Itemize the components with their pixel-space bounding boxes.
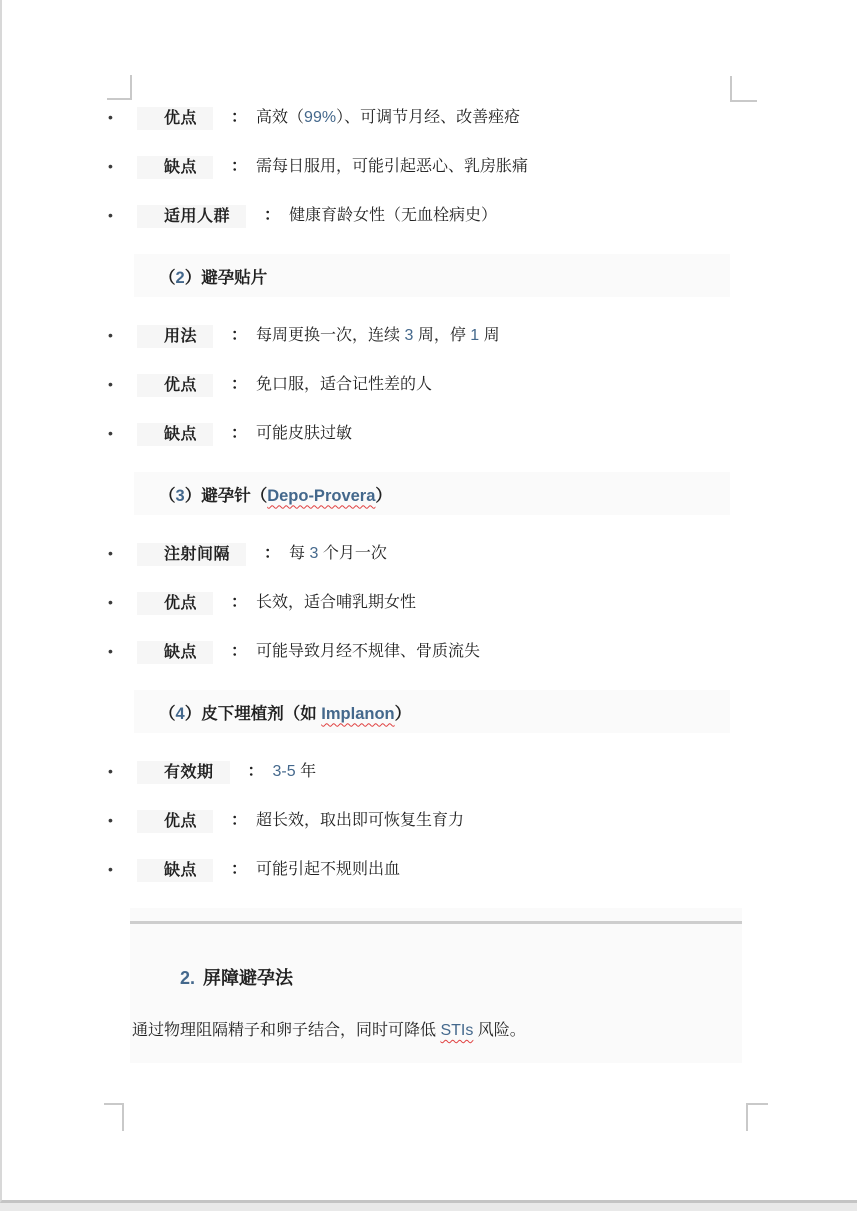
list-item-text: 可能皮肤过敏 — [256, 423, 352, 444]
misspelled-word: STIs — [440, 1022, 473, 1039]
list-item-label: 有效期 — [137, 761, 230, 784]
bullet-icon: • — [108, 325, 137, 346]
list-item-text: 3-5 年 — [273, 761, 317, 782]
sub-heading-text: （4）皮下埋植剂（如 Implanon） — [134, 700, 411, 724]
list-item: •优点：免口服，适合记性差的人 — [108, 374, 857, 395]
number-text: 1 — [470, 327, 479, 344]
list-item-text: 需每日服用，可能引起恶心、乳房胀痛 — [256, 156, 528, 177]
list-item: •优点：长效，适合哺乳期女性 — [108, 592, 857, 613]
list-item-text: 可能导致月经不规律、骨质流失 — [256, 641, 480, 662]
bullet-icon: • — [108, 205, 137, 226]
list-item: •缺点：可能引起不规则出血 — [108, 859, 857, 880]
text-run: （ — [159, 487, 176, 505]
list-item: •有效期：3-5 年 — [108, 761, 857, 782]
text-run: （ — [159, 269, 176, 287]
list-item-colon: ： — [264, 543, 280, 564]
list-item-colon: ： — [231, 107, 247, 128]
list-item-colon: ： — [231, 641, 247, 662]
text-run: 可能皮肤过敏 — [256, 425, 352, 442]
text-run: 可能导致月经不规律、骨质流失 — [256, 643, 480, 660]
misspelled-word: Depo-Provera — [267, 487, 375, 505]
misspelled-word: Implanon — [321, 705, 394, 723]
list-item-label: 缺点 — [137, 859, 213, 882]
list-item-colon: ： — [231, 325, 247, 346]
text-run: 长效，适合哺乳期女性 — [256, 594, 416, 611]
list-item-colon: ： — [248, 761, 264, 782]
list-item: •注射间隔：每 3 个月一次 — [108, 543, 857, 564]
list-item-label: 优点 — [137, 810, 213, 833]
document-page[interactable]: •优点：高效（99%）、可调节月经、改善痤疮•缺点：需每日服用，可能引起恶心、乳… — [0, 0, 857, 1203]
number-text: 3-5 — [273, 763, 296, 780]
sub-heading-text: （2）避孕贴片 — [134, 264, 267, 288]
text-run: ）避孕贴片 — [185, 269, 268, 287]
text-run: 每 — [289, 545, 309, 562]
list-item-colon: ： — [231, 156, 247, 177]
list-item-label: 适用人群 — [137, 205, 246, 228]
list-item-label: 缺点 — [137, 423, 213, 446]
text-run: ） — [375, 487, 392, 505]
list-item: •用法：每周更换一次，连续 3 周，停 1 周 — [108, 325, 857, 346]
sub-heading-bar: （3）避孕针（Depo-Provera） — [134, 472, 730, 515]
list-item-colon: ： — [231, 810, 247, 831]
list-item-colon: ： — [231, 374, 247, 395]
list-item: •缺点：可能皮肤过敏 — [108, 423, 857, 444]
number-text: 4 — [176, 705, 185, 723]
text-run: 风险。 — [473, 1022, 525, 1039]
text-run: （ — [159, 705, 176, 723]
text-run: 周，停 — [413, 327, 470, 344]
text-run: 可能引起不规则出血 — [256, 861, 400, 878]
text-run: 超长效，取出即可恢复生育力 — [256, 812, 464, 829]
section-heading: 2.屏障避孕法 — [180, 966, 742, 990]
sub-heading-bar: （2）避孕贴片 — [134, 254, 730, 297]
list-item: •优点：超长效，取出即可恢复生育力 — [108, 810, 857, 831]
bullet-icon: • — [108, 156, 137, 177]
bullet-icon: • — [108, 641, 137, 662]
margin-corner-mark-bottom-left — [104, 1103, 124, 1131]
text-run: 周 — [479, 327, 499, 344]
bullet-icon: • — [108, 543, 137, 564]
list-item-text: 免口服，适合记性差的人 — [256, 374, 432, 395]
list-item-label: 注射间隔 — [137, 543, 246, 566]
text-run: 免口服，适合记性差的人 — [256, 376, 432, 393]
bullet-icon: • — [108, 761, 137, 782]
text-run: 个月一次 — [318, 545, 386, 562]
text-run: 健康育龄女性（无血栓病史） — [289, 207, 497, 224]
text-run: 需每日服用，可能引起恶心、乳房胀痛 — [256, 158, 528, 175]
list-item-label: 缺点 — [137, 156, 213, 179]
margin-corner-mark-top-right — [730, 76, 757, 102]
list-item-colon: ： — [231, 592, 247, 613]
section-title: 屏障避孕法 — [203, 968, 293, 988]
list-item-label: 优点 — [137, 374, 213, 397]
list-item: •缺点：需每日服用，可能引起恶心、乳房胀痛 — [108, 156, 857, 177]
text-run: ） — [395, 705, 412, 723]
section-number: 2. — [180, 968, 195, 988]
margin-corner-mark-bottom-right — [746, 1103, 768, 1131]
section-2-block: 2.屏障避孕法 通过物理阻隔精子和卵子结合，同时可降低 STIs 风险。 — [130, 908, 742, 1063]
text-run: ）皮下埋植剂（如 — [185, 705, 322, 723]
sub-heading-text: （3）避孕针（Depo-Provera） — [134, 482, 392, 506]
list-item-label: 优点 — [137, 107, 213, 130]
text-run: ）、可调节月经、改善痤疮 — [336, 109, 520, 126]
list-item-label: 优点 — [137, 592, 213, 615]
text-run: 高效（ — [256, 109, 304, 126]
list-item-label: 缺点 — [137, 641, 213, 664]
list-item-text: 高效（99%）、可调节月经、改善痤疮 — [256, 107, 520, 128]
list-item-text: 超长效，取出即可恢复生育力 — [256, 810, 464, 831]
number-text: 2 — [176, 269, 185, 287]
list-item-colon: ： — [264, 205, 280, 226]
list-item-colon: ： — [231, 423, 247, 444]
sub-heading-bar: （4）皮下埋植剂（如 Implanon） — [134, 690, 730, 733]
list-item: •适用人群：健康育龄女性（无血栓病史） — [108, 205, 857, 226]
bullet-icon: • — [108, 423, 137, 444]
text-run: 年 — [296, 763, 316, 780]
section-paragraph: 通过物理阻隔精子和卵子结合，同时可降低 STIs 风险。 — [132, 1020, 742, 1041]
list-item-text: 健康育龄女性（无血栓病史） — [289, 205, 497, 226]
text-run: 每周更换一次，连续 — [256, 327, 404, 344]
margin-corner-mark-top-left — [107, 75, 132, 100]
section-divider — [130, 921, 742, 924]
bullet-icon: • — [108, 810, 137, 831]
list-item-text: 每周更换一次，连续 3 周，停 1 周 — [256, 325, 500, 346]
number-text: 3 — [176, 487, 185, 505]
document-content: •优点：高效（99%）、可调节月经、改善痤疮•缺点：需每日服用，可能引起恶心、乳… — [2, 107, 857, 908]
list-item-text: 长效，适合哺乳期女性 — [256, 592, 416, 613]
list-item-text: 每 3 个月一次 — [289, 543, 387, 564]
bullet-icon: • — [108, 859, 137, 880]
number-text: 99% — [304, 109, 336, 126]
bullet-icon: • — [108, 592, 137, 613]
bullet-icon: • — [108, 374, 137, 395]
list-item-text: 可能引起不规则出血 — [256, 859, 400, 880]
list-item: •优点：高效（99%）、可调节月经、改善痤疮 — [108, 107, 857, 128]
list-item-label: 用法 — [137, 325, 213, 348]
bullet-icon: • — [108, 107, 137, 128]
text-run: 通过物理阻隔精子和卵子结合，同时可降低 — [132, 1022, 440, 1039]
list-item: •缺点：可能导致月经不规律、骨质流失 — [108, 641, 857, 662]
text-run: ）避孕针（ — [185, 487, 268, 505]
list-item-colon: ： — [231, 859, 247, 880]
